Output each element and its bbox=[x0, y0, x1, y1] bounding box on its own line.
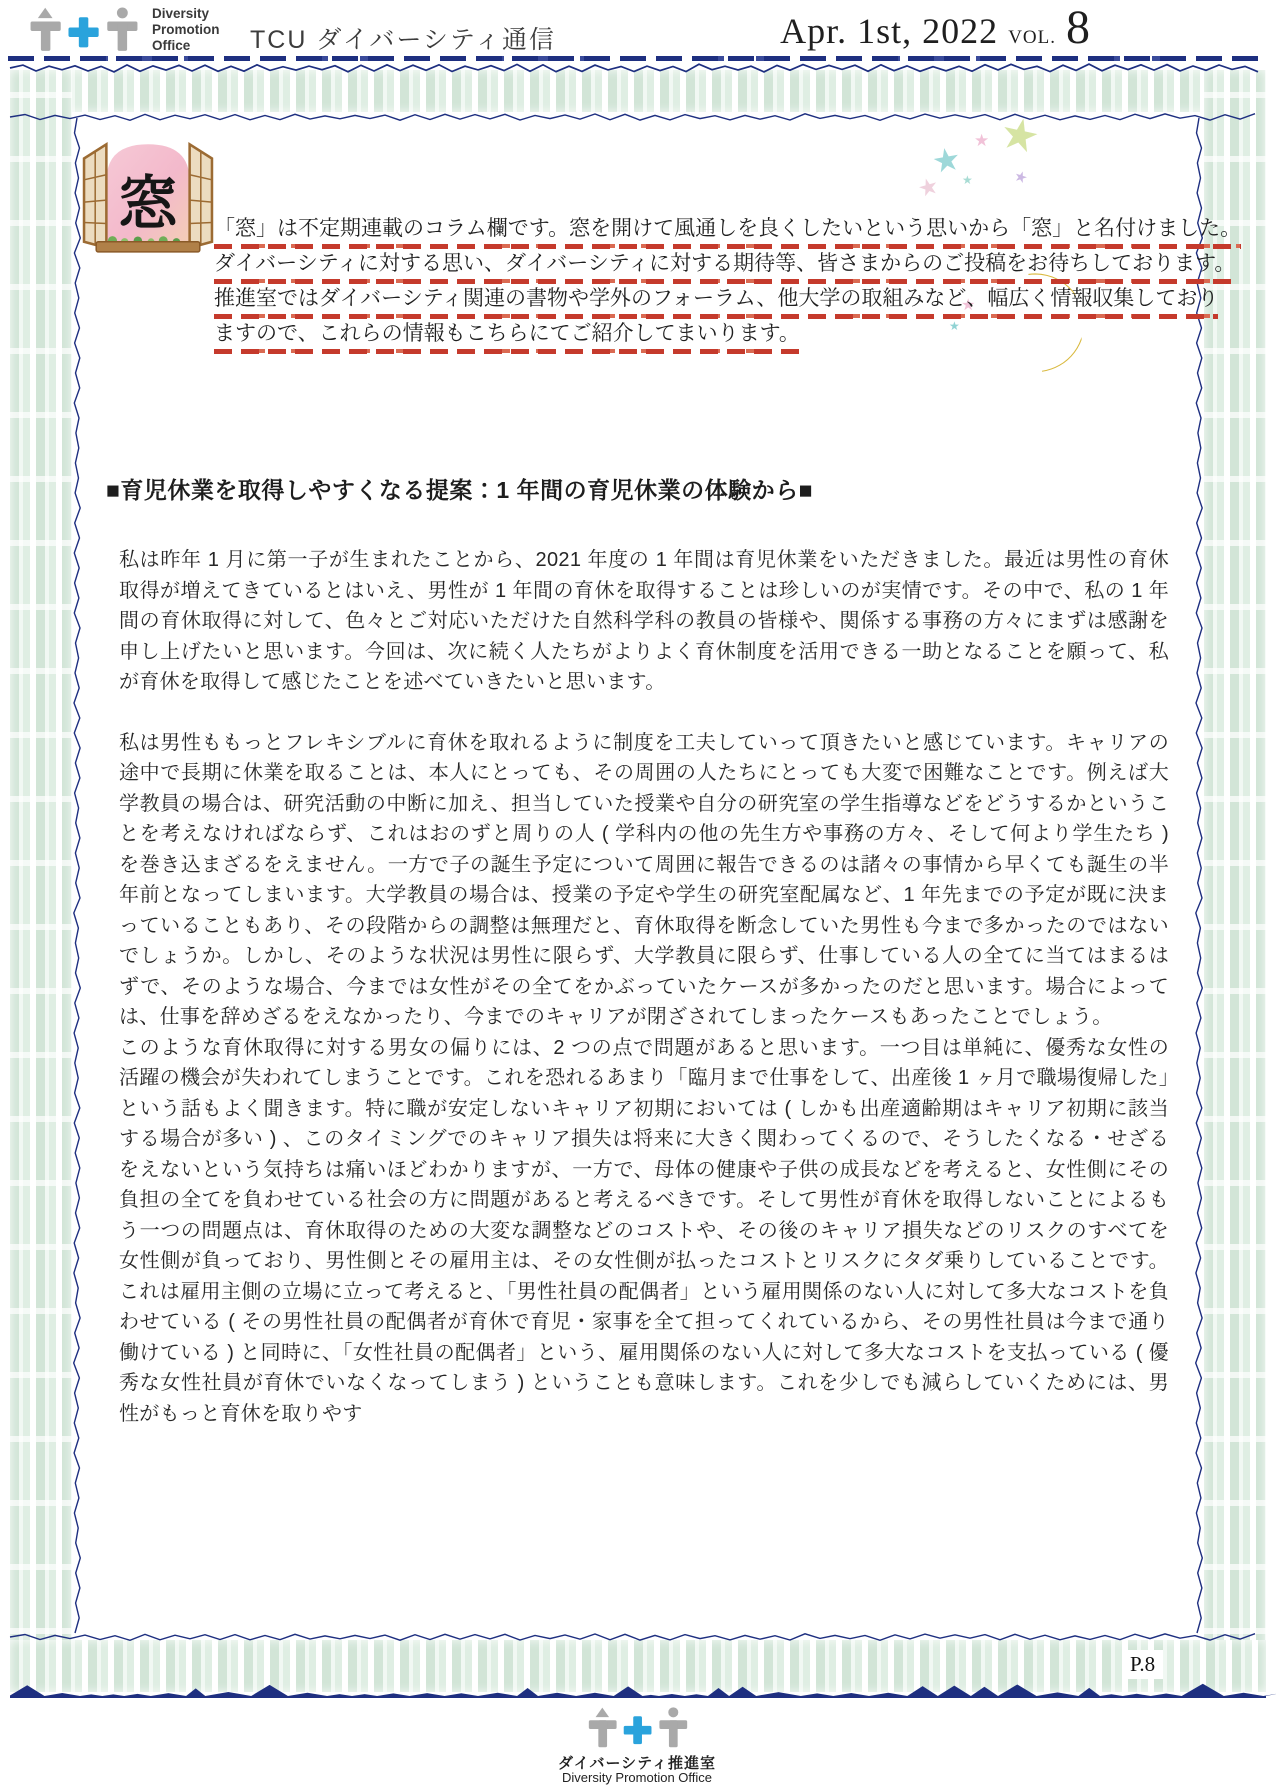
article-heading: ■育児休業を取得しやすくなる提案：1 年間の育児休業の体験から■ bbox=[106, 472, 813, 505]
intro-line: ダイバーシティに対する思い、ダイバーシティに対する期待等、皆さまからのご投稿をお… bbox=[214, 247, 1194, 282]
intro-line-text: ますので、これらの情報もこちらにてご紹介してまいります。 bbox=[214, 322, 800, 354]
newsletter-page: Diversity Promotion Office TCU ダイバーシティ通信… bbox=[0, 0, 1276, 1790]
zigzag-border-top-inner bbox=[10, 112, 1266, 122]
article-body: 私は昨年 1 月に第一子が生まれたことから、2021 年度の 1 年間は育児休業… bbox=[119, 545, 1169, 1429]
column-intro: 「窓」は不定期連載のコラム欄です。窓を開けて風通しを良くしたいという思いから「窓… bbox=[214, 212, 1194, 352]
frame-left-band bbox=[10, 70, 72, 1692]
star-icon bbox=[974, 132, 989, 149]
intro-line-text: 推進室ではダイバーシティ関連の書物や学外のフォーラム、他大学の取組みなど、幅広く… bbox=[214, 287, 1218, 319]
mountain-border-bottom bbox=[10, 1678, 1266, 1700]
issue-date: Apr. 1st, 2022 bbox=[780, 10, 998, 52]
footer-office-name-en: Diversity Promotion Office bbox=[487, 1770, 787, 1785]
dpo-logo-icon-footer bbox=[586, 1706, 690, 1752]
dashed-divider bbox=[8, 56, 1268, 61]
newsletter-title: TCU ダイバーシティ通信 bbox=[250, 20, 556, 56]
page-number: P.8 bbox=[1122, 1650, 1163, 1679]
intro-line: 「窓」は不定期連載のコラム欄です。窓を開けて風通しを良くしたいという思いから「窓… bbox=[214, 212, 1194, 247]
logo-word-line: Promotion bbox=[152, 22, 220, 38]
intro-line: ますので、これらの情報もこちらにてご紹介してまいります。 bbox=[214, 317, 1194, 352]
window-kanji: 窓 bbox=[82, 156, 214, 240]
star-icon bbox=[962, 174, 973, 186]
intro-line-text: 「窓」は不定期連載のコラム欄です。窓を開けて風通しを良くしたいという思いから「窓… bbox=[214, 217, 1241, 249]
zigzag-border-top-outer bbox=[10, 63, 1266, 73]
dpo-logo-icon bbox=[28, 6, 140, 56]
logo-word-line: Diversity bbox=[152, 6, 220, 22]
star-icon bbox=[996, 110, 1044, 161]
volume-label: VOL. bbox=[1008, 27, 1056, 49]
article-paragraph: このような育休取得に対する男女の偏りには、2 つの点で問題があると思います。一つ… bbox=[119, 1033, 1169, 1430]
logo-wordmark: Diversity Promotion Office bbox=[152, 6, 220, 54]
article-paragraph: 私は男性ももっとフレキシブルに育休を取れるように制度を工夫していって頂きたいと感… bbox=[119, 728, 1169, 1033]
volume-number: 8 bbox=[1066, 8, 1090, 48]
zigzag-border-left bbox=[72, 118, 82, 1634]
zigzag-border-bottom-inner bbox=[10, 1632, 1266, 1642]
star-icon bbox=[1012, 168, 1029, 186]
intro-line: 推進室ではダイバーシティ関連の書物や学外のフォーラム、他大学の取組みなど、幅広く… bbox=[214, 282, 1194, 317]
frame-top-band bbox=[10, 70, 1266, 112]
intro-line-text: ダイバーシティに対する思い、ダイバーシティに対する期待等、皆さまからのご投稿をお… bbox=[214, 252, 1235, 284]
article-paragraph: 私は昨年 1 月に第一子が生まれたことから、2021 年度の 1 年間は育児休業… bbox=[119, 545, 1169, 698]
zigzag-border-right bbox=[1194, 118, 1204, 1634]
logo-word-line: Office bbox=[152, 38, 220, 54]
issue-date-block: Apr. 1st, 2022 VOL. 8 bbox=[780, 8, 1090, 52]
